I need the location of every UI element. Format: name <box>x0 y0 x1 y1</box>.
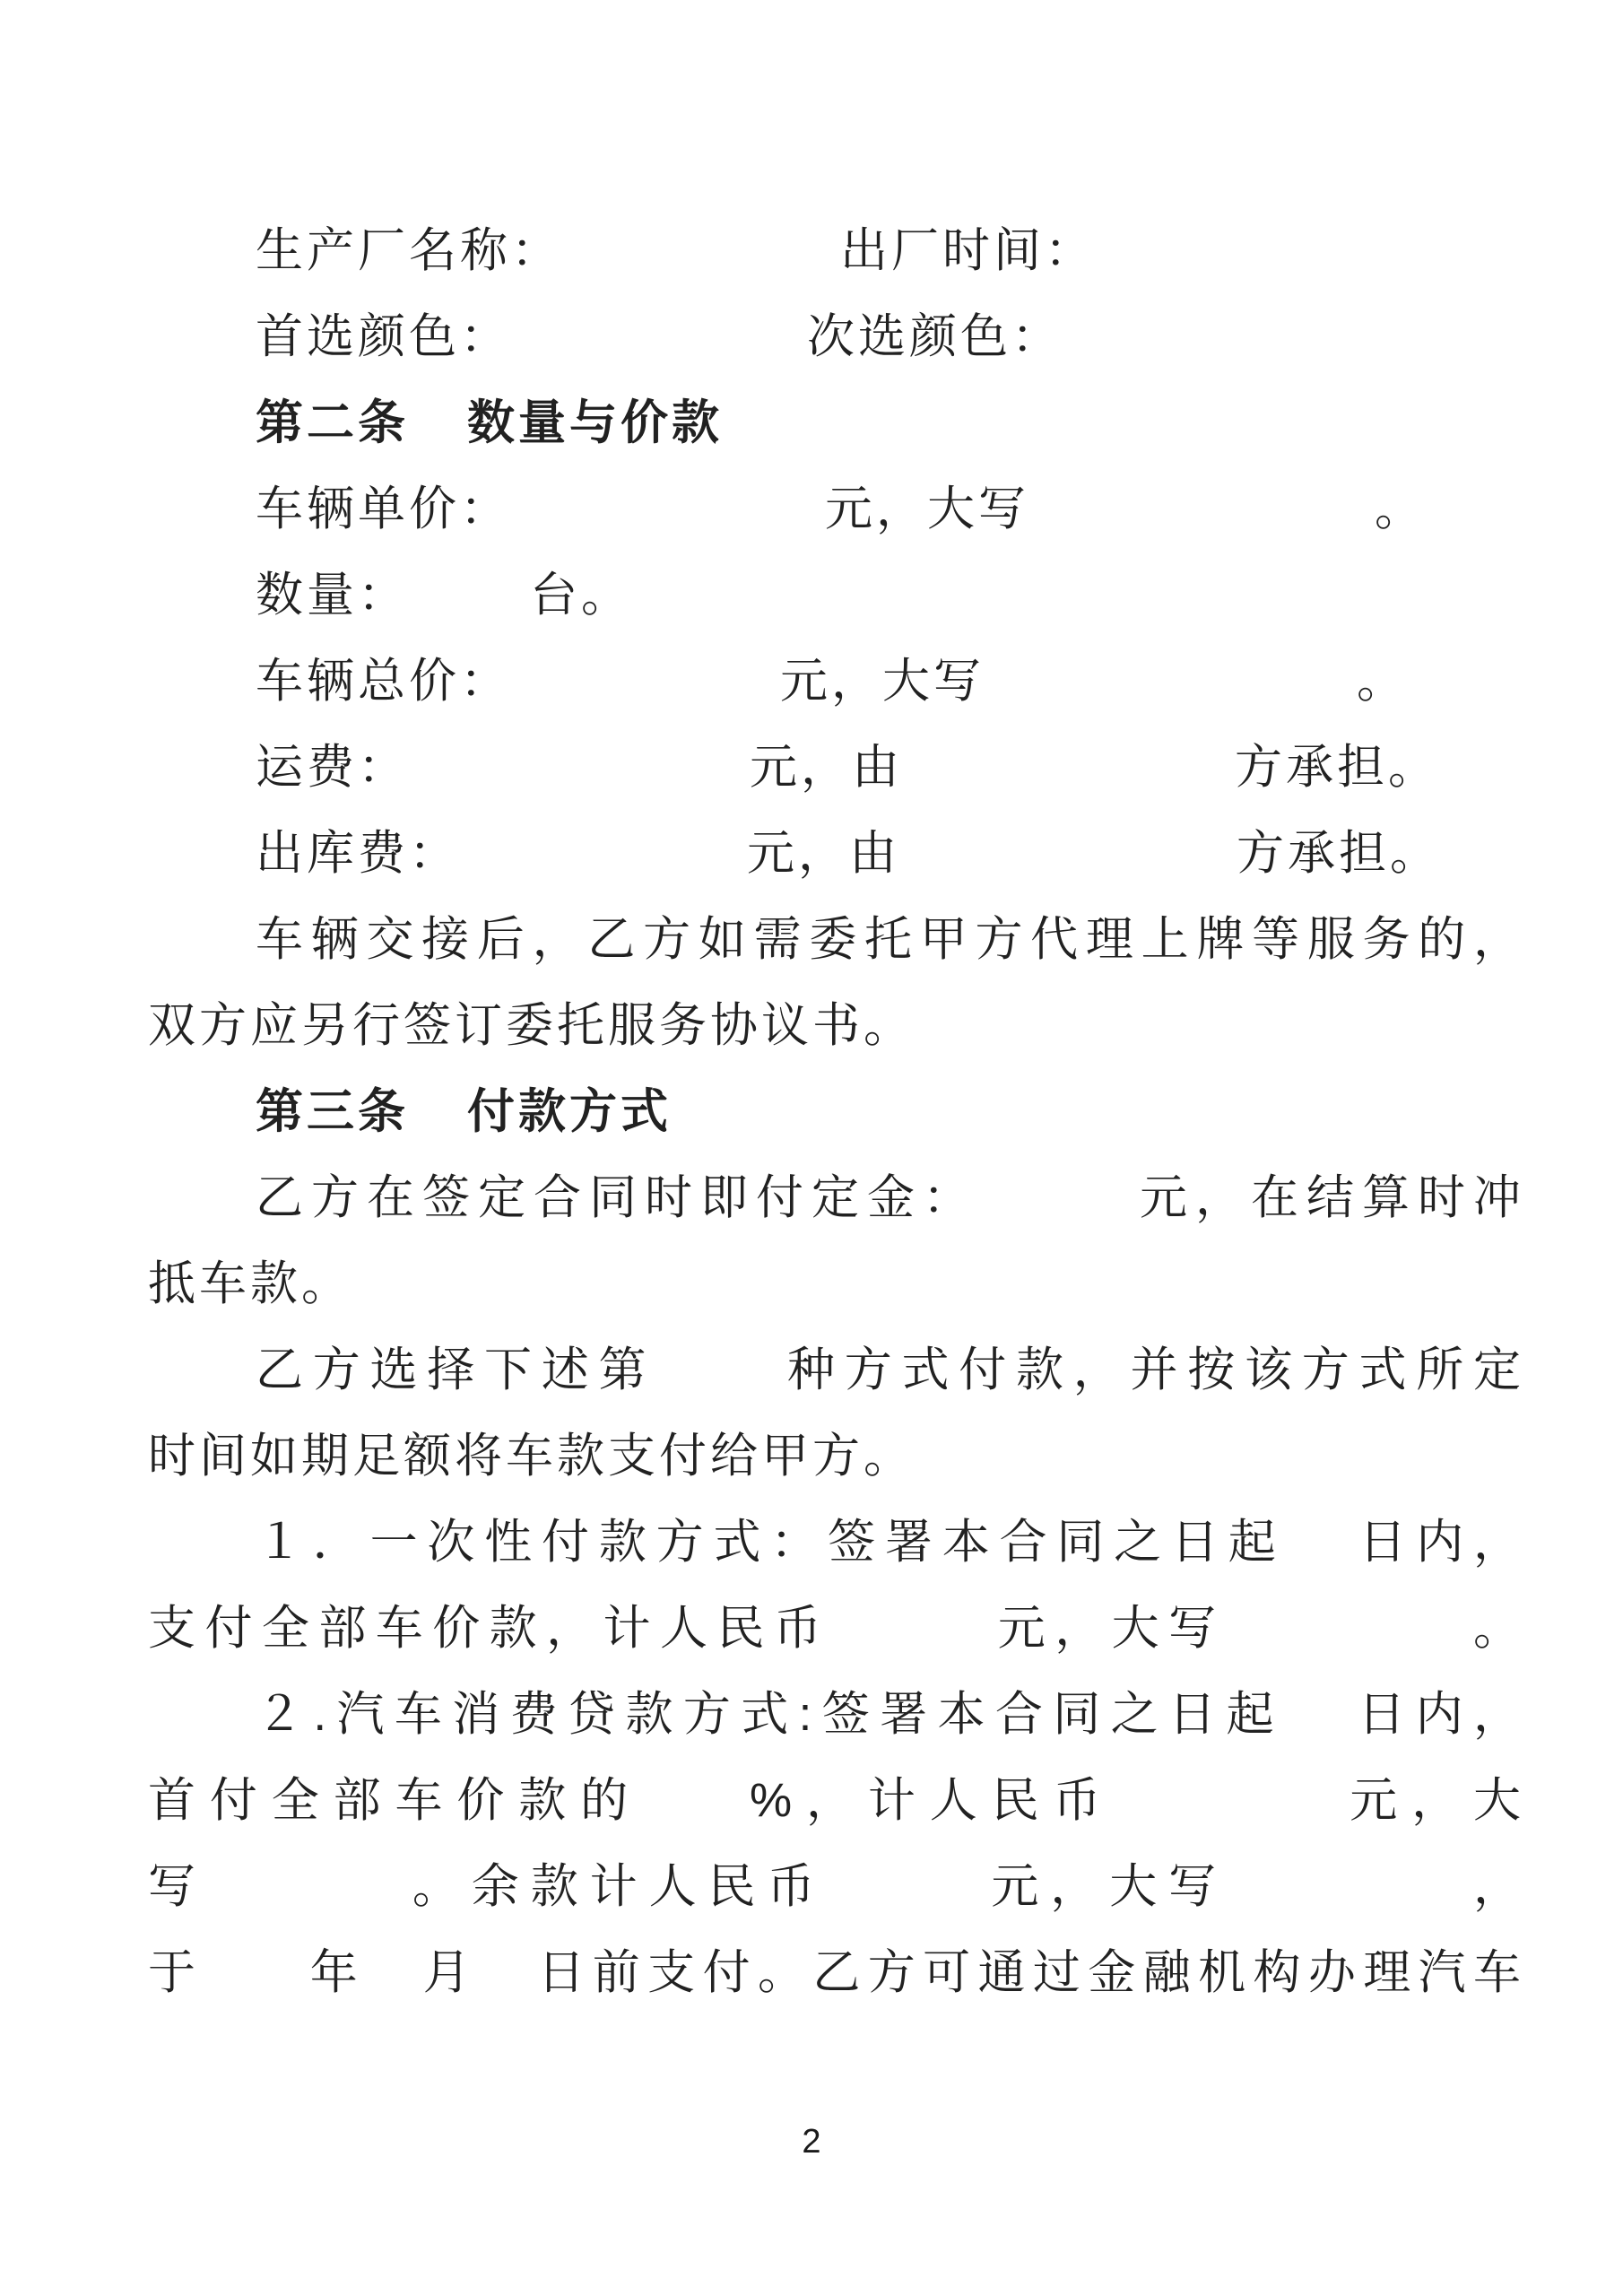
text-run: 年 <box>306 1946 365 1999</box>
blank-field <box>978 1212 1135 1213</box>
text-run: 首选颜色： <box>256 310 511 363</box>
blank-field <box>655 1384 781 1386</box>
text-run: １．一次性付款方式：签署本合同之日起 <box>256 1516 1286 1569</box>
document-line: １．一次性付款方式：签署本合同之日起日内， <box>148 1500 1524 1586</box>
text-run: 元，大写 <box>983 1860 1228 1913</box>
blank-field <box>830 1642 992 1644</box>
text-run: 运费： <box>256 741 409 794</box>
heading-line: 第三条付款方式 <box>148 1069 1524 1155</box>
blank-field <box>642 1814 750 1816</box>
blank-field <box>207 1900 404 1902</box>
page-footer: 2 <box>0 2120 1623 2163</box>
blank-field <box>460 867 747 869</box>
text-run: 第三条 <box>256 1085 409 1138</box>
document-line: 首选颜色：次选颜色： <box>148 294 1524 380</box>
text-run: 元，大写 <box>825 483 1029 535</box>
text-run: 方承担。 <box>1235 741 1439 794</box>
text-run: 付款方式 <box>467 1085 672 1138</box>
blank-field <box>478 1987 534 1988</box>
text-run: 日前支付。乙方可通过金融机构办理汽车 <box>534 1946 1524 1999</box>
text-run: 支付全部车价款，计人民币 <box>148 1602 830 1655</box>
page-number: 2 <box>802 2123 820 2161</box>
text-run: 次选颜色： <box>807 310 1063 363</box>
text-run: 元，大写 <box>780 655 985 708</box>
blank-field <box>1226 1642 1468 1644</box>
document-line: 车辆交接后，乙方如需委托甲方代理上牌等服务的， <box>148 897 1524 983</box>
document-line: 于年月日前支付。乙方可通过金融机构办理汽车 <box>148 1930 1524 2016</box>
text-run: 抵车款。 <box>148 1257 352 1310</box>
text-run: 数量与价款 <box>467 396 723 449</box>
document-line: 首付全部车价款的%，计人民币元，大 <box>148 1758 1524 1844</box>
blank-field <box>562 265 840 266</box>
blank-field <box>1228 1900 1465 1902</box>
blank-field <box>409 609 530 611</box>
text-run: ２.汽车消费贷款方式:签署本合同之日起 <box>256 1688 1284 1741</box>
text-run: 。余款计人民币 <box>404 1860 826 1913</box>
text-run: 时间如期足额将车款支付给甲方。 <box>148 1430 915 1483</box>
text-run: %，计人民币 <box>750 1774 1115 1827</box>
text-run: ， <box>1465 1860 1524 1913</box>
blank-field <box>1029 523 1375 525</box>
document-line: 生产厂名称：出厂时间： <box>148 208 1524 294</box>
blank-field <box>826 1900 983 1902</box>
document-line: 写。余款计人民币元，大写， <box>148 1844 1524 1930</box>
text-run: 元，由 <box>750 741 903 794</box>
text-run: 。 <box>1357 655 1408 708</box>
text-run: 日内， <box>1353 1516 1524 1569</box>
text-run: 元，大写 <box>992 1602 1225 1655</box>
document-line: 出库费：元，由方承担。 <box>148 811 1524 897</box>
text-run: 月 <box>419 1946 478 1999</box>
document-line: 乙方在签定合同时即付定金：元，在结算时冲 <box>148 1155 1524 1241</box>
blank-field <box>1115 1814 1339 1816</box>
text-run: 出库费： <box>256 827 460 880</box>
blank-field <box>409 1126 467 1127</box>
text-run: 元，在结算时冲 <box>1135 1171 1524 1224</box>
blank-field <box>511 351 807 352</box>
text-run: 于 <box>148 1946 203 1999</box>
text-run: 方承担。 <box>1237 827 1441 880</box>
document-line: 乙方选择下述第种方式付款，并按该方式所定 <box>148 1327 1524 1413</box>
text-run: 生产厂名称： <box>256 224 562 277</box>
text-run: 首付全部车价款的 <box>148 1774 642 1827</box>
heading-line: 第二条数量与价款 <box>148 380 1524 466</box>
text-run: 乙方选择下述第 <box>256 1344 655 1396</box>
text-run: 。 <box>1468 1602 1524 1655</box>
contract-page: 生产厂名称：出厂时间：首选颜色：次选颜色：第二条数量与价款车辆单价：元，大写。数… <box>0 0 1623 2296</box>
text-run: 台。 <box>530 569 632 622</box>
text-run: 。 <box>1375 483 1426 535</box>
document-line: 车辆总价：元，大写。 <box>148 639 1524 725</box>
blank-field <box>903 781 1235 783</box>
text-run: 写 <box>148 1860 207 1913</box>
blank-field <box>1284 1728 1351 1730</box>
contract-body: 生产厂名称：出厂时间：首选颜色：次选颜色：第二条数量与价款车辆单价：元，大写。数… <box>148 208 1524 2016</box>
text-run: 车辆交接后，乙方如需委托甲方代理上牌等服务的， <box>256 913 1524 966</box>
text-run: 种方式付款，并按该方式所定 <box>781 1344 1524 1396</box>
blank-field <box>409 437 467 439</box>
text-run: 出厂时间： <box>840 224 1096 277</box>
text-run: 第二条 <box>256 396 409 449</box>
document-line: 双方应另行签订委托服务协议书。 <box>148 983 1524 1069</box>
document-line: 数量：台。 <box>148 552 1524 639</box>
text-run: 数量： <box>256 569 409 622</box>
text-run: 乙方在签定合同时即付定金： <box>256 1171 978 1224</box>
blank-field <box>203 1987 306 1988</box>
text-run: 车辆单价： <box>256 483 511 535</box>
document-line: 运费：元，由方承担。 <box>148 725 1524 811</box>
text-run: 车辆总价： <box>256 655 511 708</box>
document-line: 抵车款。 <box>148 1241 1524 1327</box>
text-run: 元，大 <box>1339 1774 1524 1827</box>
text-run: 日内， <box>1351 1688 1524 1741</box>
blank-field <box>511 523 825 525</box>
blank-field <box>1286 1556 1353 1558</box>
document-line: 支付全部车价款，计人民币元，大写。 <box>148 1586 1524 1672</box>
document-line: 时间如期足额将车款支付给甲方。 <box>148 1413 1524 1500</box>
document-line: ２.汽车消费贷款方式:签署本合同之日起日内， <box>148 1672 1524 1758</box>
blank-field <box>511 695 780 697</box>
text-run: 双方应另行签订委托服务协议书。 <box>148 999 915 1052</box>
blank-field <box>409 781 750 783</box>
blank-field <box>900 867 1237 869</box>
blank-field <box>985 695 1357 697</box>
document-line: 车辆单价：元，大写。 <box>148 466 1524 552</box>
text-run: 元，由 <box>747 827 900 880</box>
blank-field <box>365 1987 419 1988</box>
